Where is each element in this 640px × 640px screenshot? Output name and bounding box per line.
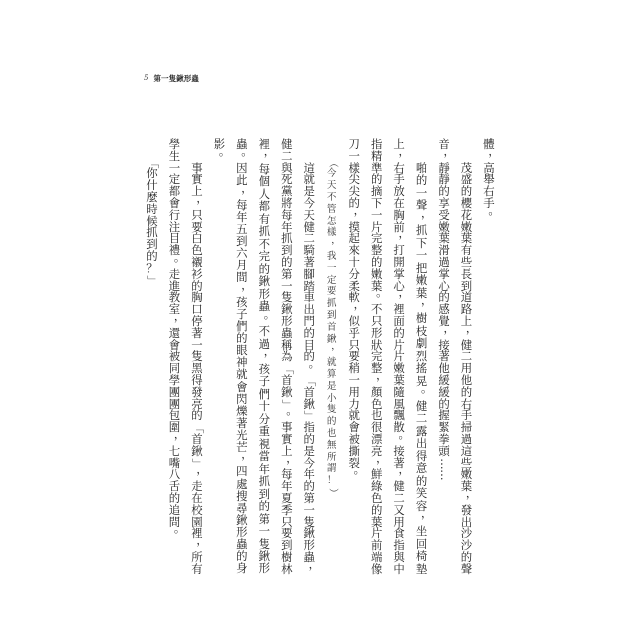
glyph: 。 <box>214 146 236 158</box>
glyph: 。 <box>258 309 280 321</box>
glyph: 到 <box>321 310 343 322</box>
glyph: ， <box>393 146 415 158</box>
glyph: 首 <box>321 322 343 334</box>
glyph: 怎 <box>321 216 343 228</box>
glyph: ， <box>348 205 370 217</box>
dialogue-column: 「你什麼時候抓到的？」 <box>141 157 163 576</box>
text-column: 刀一樣尖尖的，摸起來十分柔軟，似乎只要稍一用力就會被撕裂。 <box>343 139 365 576</box>
glyph: ， <box>416 296 438 308</box>
glyph: ， <box>281 453 303 465</box>
text-column: 上，右手放在胸前，打開掌心，裡面的片片嫩葉隨風飄散。接著，健二又用食指與中 <box>388 139 410 576</box>
glyph: 天 <box>321 180 343 192</box>
glyph: ， <box>303 559 325 571</box>
glyph: 像 <box>366 564 388 576</box>
glyph: 。 <box>169 524 191 536</box>
glyph: ， <box>438 323 460 335</box>
text-column: 茂盛的櫻花嫩葉有些長到道路上，健二用他的右手掃過這些嫩葉，發出沙沙的聲 <box>456 163 478 576</box>
glyph: ， <box>325 235 347 247</box>
glyph: ， <box>416 208 438 220</box>
glyph: 無 <box>321 440 343 452</box>
text-column: 事實上，只要白色襯衫的胸口停著一隻黑得發亮的「首鍬」，走在校園裡，所有 <box>186 163 208 576</box>
glyph: ， <box>461 488 483 500</box>
text-column: 這就是今天健二騎著腳踏車出門的目的。「首鍬」指的是今年的第一隻鍬形蟲， <box>298 163 320 576</box>
glyph: 不 <box>321 192 343 204</box>
glyph: 我 <box>321 251 343 263</box>
glyph: ， <box>236 183 258 195</box>
glyph: 也 <box>321 428 343 440</box>
glyph: ， <box>416 509 438 521</box>
glyph: 有 <box>186 564 208 576</box>
text-column: 學生一定都會行注目禮。走進教室，還會被同學團團包圍，七嘴八舌的追問。 <box>163 139 185 576</box>
glyph: ， <box>371 453 393 465</box>
glyph: 。 <box>281 406 303 418</box>
glyph: 」 <box>146 270 158 292</box>
glyph: ， <box>191 535 213 547</box>
glyph: ， <box>236 280 258 292</box>
glyph: 今 <box>321 168 343 180</box>
glyph: ） <box>326 482 338 504</box>
glyph: ， <box>348 299 370 311</box>
glyph: 一 <box>321 263 343 275</box>
glyph: ， <box>438 146 460 158</box>
glyph: ， <box>236 449 258 461</box>
glyph: 抓 <box>321 298 343 310</box>
glyph: 謂 <box>321 463 343 475</box>
glyph: 的 <box>321 416 343 428</box>
glyph: ， <box>393 465 415 477</box>
glyph: 身 <box>231 563 253 575</box>
glyph: ， <box>258 346 280 358</box>
glyph: ， <box>325 341 347 353</box>
chapter-title: 第一隻鍬形蟲 <box>153 73 199 84</box>
glyph: 是 <box>321 381 343 393</box>
text-column: 裡，每個人都有抓不完的鍬形蟲。不過，孩子們十分重視當年抓到的第一隻鍬形 <box>253 139 275 576</box>
glyph: 。 <box>483 205 505 217</box>
text-column: 啪的一聲，抓下一把嫩葉，樹枝劇烈搖晃。健二露出得意的笑容，坐回椅墊 <box>411 163 433 576</box>
glyph: ， <box>461 323 483 335</box>
text-column: 蟲。因此，每年五到六月間，孩子們的眼神就會閃爍著光芒，四處搜尋鍬形蟲的身 <box>231 139 253 576</box>
glyph: ， <box>371 370 393 382</box>
glyph: 。 <box>236 146 258 158</box>
glyph: 算 <box>321 369 343 381</box>
glyph: ， <box>258 147 280 159</box>
glyph: 形 <box>253 563 275 575</box>
glyph: 小 <box>321 393 343 405</box>
glyph: ， <box>483 146 505 158</box>
glyph: 。 <box>303 358 325 370</box>
book-page: 5 第一隻鍬形蟲 體，高舉右手。 茂盛的櫻花嫩葉有些長到道路上，健二用他的右手掃… <box>0 0 640 640</box>
glyph: 林 <box>276 564 298 576</box>
glyph: 隻 <box>321 404 343 416</box>
glyph: ， <box>393 229 415 241</box>
glyph: … <box>438 464 450 486</box>
glyph: ， <box>393 288 415 300</box>
glyph: 墊 <box>411 564 433 576</box>
glyph: 中 <box>388 564 410 576</box>
glyph: 要 <box>321 286 343 298</box>
glyph: ， <box>169 429 191 441</box>
glyph: 管 <box>321 204 343 216</box>
glyph: 。 <box>169 252 191 264</box>
glyph: 。 <box>371 288 393 300</box>
glyph: 。 <box>393 429 415 441</box>
glyph: ， <box>191 193 213 205</box>
running-head: 5 第一隻鍬形蟲 <box>144 73 199 83</box>
page-number: 5 <box>144 74 148 82</box>
glyph: ， <box>191 465 213 477</box>
glyph: 樹 <box>411 313 433 325</box>
glyph: 聲 <box>456 564 478 576</box>
glyph: ， <box>169 311 191 323</box>
glyph: 定 <box>321 275 343 287</box>
glyph: 。 <box>348 465 370 477</box>
text-column: 體，高舉右手。 <box>478 139 500 576</box>
glyph: 。 <box>416 383 438 395</box>
glyph: 所 <box>321 452 343 464</box>
